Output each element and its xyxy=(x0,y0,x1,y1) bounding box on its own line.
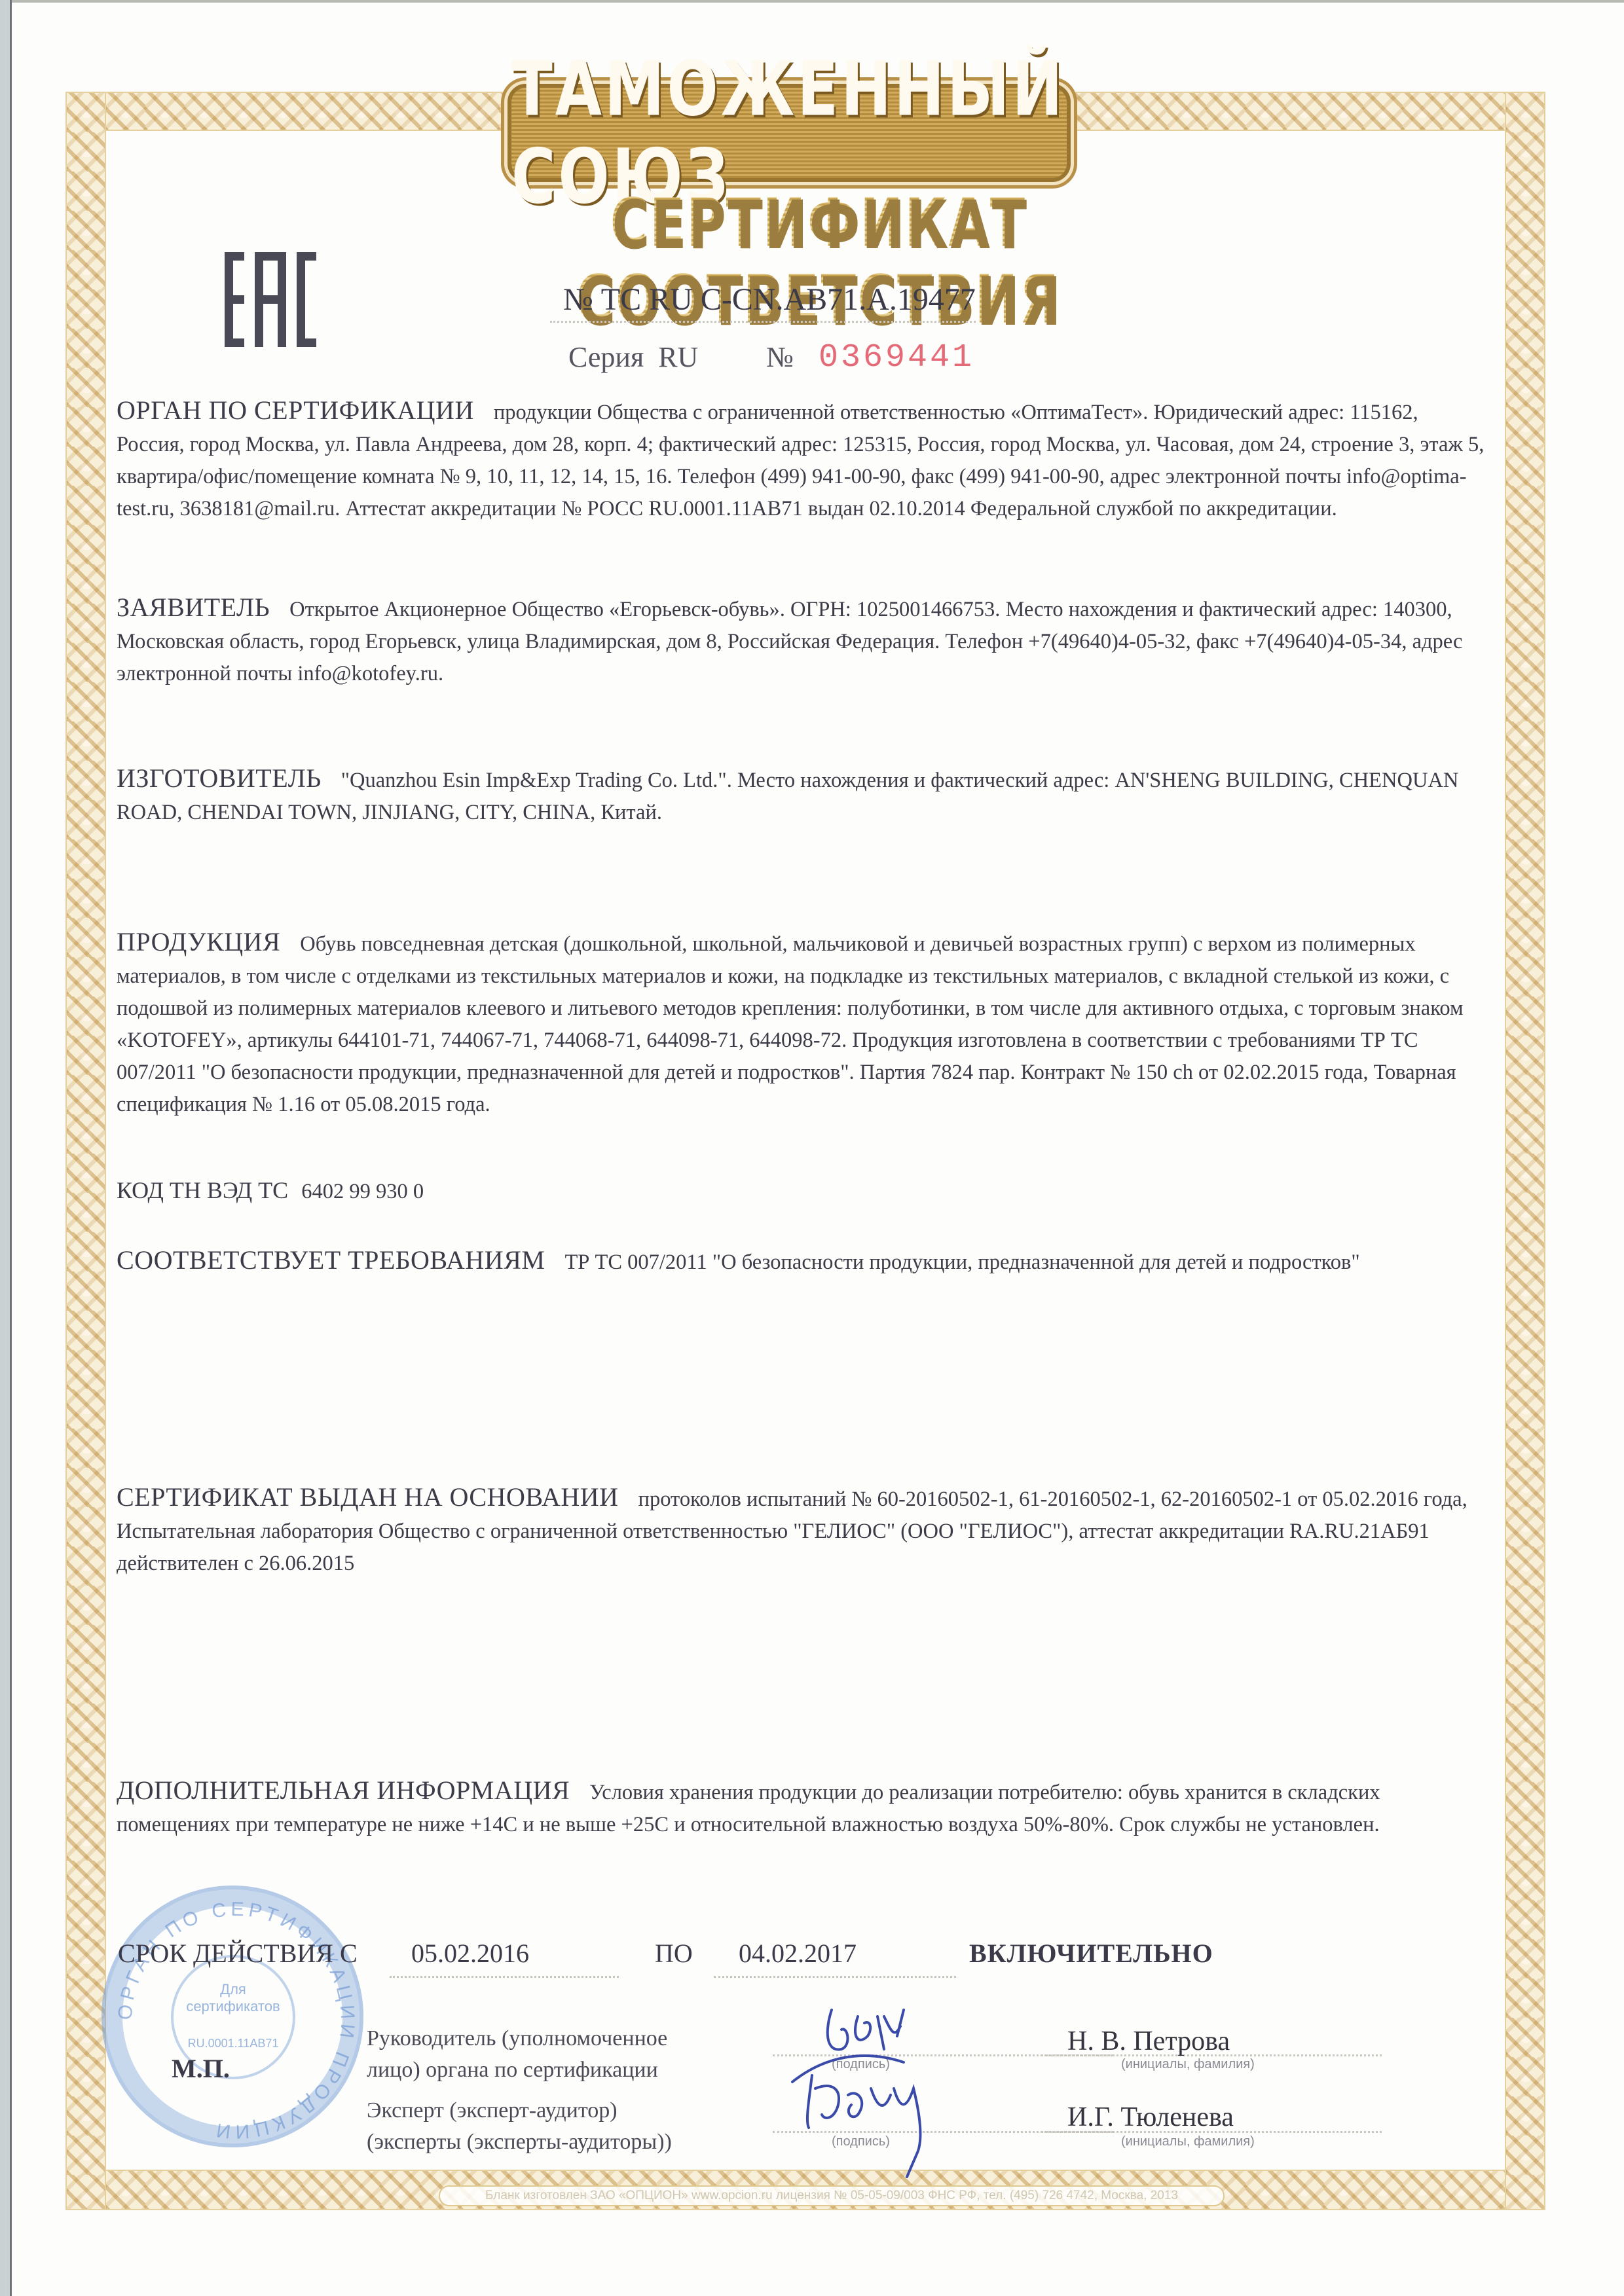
section-additional-info: ДОПОЛНИТЕЛЬНАЯ ИНФОРМАЦИЯУсловия хранени… xyxy=(117,1774,1485,1841)
validity-to-label: ПО xyxy=(655,1938,693,1969)
stamp-center-text: Для сертификатов RU.0001.11АВ71 xyxy=(184,1981,282,2052)
section-heading: КОД ТН ВЭД ТС xyxy=(117,1177,288,1203)
round-seal-stamp-icon: ОРГАН ПО СЕРТИФИКАЦИИ ПРОДУКЦИИ Для серт… xyxy=(101,1886,363,2147)
section-heading: ОРГАН ПО СЕРТИФИКАЦИИ xyxy=(117,395,474,425)
blank-number-label: № xyxy=(766,340,794,374)
section-text: 6402 99 930 0 xyxy=(301,1180,424,1203)
frame-right-band xyxy=(1505,92,1545,2210)
validity-to-date: 04.02.2017 xyxy=(739,1938,857,1969)
head-role-line2: лицо) органа по сертификации xyxy=(367,2054,667,2086)
section-heading: СООТВЕТСТВУЕТ ТРЕБОВАНИЯМ xyxy=(117,1245,545,1275)
from-date-line xyxy=(390,1976,619,1978)
seal-place-label: М.П. xyxy=(172,2053,230,2084)
section-applicant: ЗАЯВИТЕЛЬОткрытое Акционерное Общество «… xyxy=(117,591,1485,690)
section-manufacturer: ИЗГОТОВИТЕЛЬ"Quanzhou Esin Imp&Exp Tradi… xyxy=(117,762,1485,829)
section-heading: ЗАЯВИТЕЛЬ xyxy=(117,592,270,622)
section-product: ПРОДУКЦИЯОбувь повседневная детская (дош… xyxy=(117,926,1485,1121)
section-text: Обувь повседневная детская (дошкольной, … xyxy=(117,932,1464,1116)
certificate-number-underline xyxy=(550,321,976,323)
series-value: RU xyxy=(658,341,698,373)
section-conforms-to: СООТВЕТСТВУЕТ ТРЕБОВАНИЯМТР ТС 007/2011 … xyxy=(117,1244,1485,1279)
scan-top-edge xyxy=(12,0,1624,3)
section-heading: ПРОДУКЦИЯ xyxy=(117,927,280,957)
head-name: Н. В. Петрова xyxy=(1067,2026,1230,2057)
validity-from-label: СРОК ДЕЙСТВИЯ С xyxy=(118,1938,358,1969)
validity-from-date: 05.02.2016 xyxy=(411,1938,529,1969)
scan-edge xyxy=(0,0,12,2296)
section-heading: ИЗГОТОВИТЕЛЬ xyxy=(117,763,322,793)
section-text: Открытое Акционерное Общество «Егорьевск… xyxy=(117,598,1462,685)
head-role-line1: Руководитель (уполномоченное xyxy=(367,2023,667,2054)
section-heading: СЕРТИФИКАТ ВЫДАН НА ОСНОВАНИИ xyxy=(117,1482,619,1512)
eac-mark-glyph xyxy=(225,252,316,347)
signature-icon xyxy=(786,1990,982,2187)
certificate-number: № ТС RU C-CN.АВ71.А.19477 xyxy=(563,282,976,318)
expert-role-line2: (эксперты (эксперты-аудиторы)) xyxy=(367,2126,672,2158)
validity-inclusive-label: ВКЛЮЧИТЕЛЬНО xyxy=(969,1938,1213,1969)
section-certification-body: ОРГАН ПО СЕРТИФИКАЦИИпродукции Общества … xyxy=(117,394,1485,525)
expert-role: Эксперт (эксперт-аудитор) (эксперты (экс… xyxy=(367,2095,672,2158)
expert-name: И.Г. Тюленева xyxy=(1067,2102,1234,2133)
blank-number: 0369441 xyxy=(819,339,974,376)
customs-union-plaque: ТАМОЖЕННЫЙ СОЮЗ xyxy=(507,84,1071,182)
printer-note: Бланк изготовлен ЗАО «ОПЦИОН» www.opcion… xyxy=(439,2185,1225,2206)
eac-mark-icon xyxy=(225,252,316,347)
to-date-line xyxy=(714,1976,956,1978)
expert-name-caption: (инициалы, фамилия) xyxy=(1121,2134,1255,2149)
section-text: ТР ТС 007/2011 "О безопасности продукции… xyxy=(564,1250,1359,1274)
expert-role-line1: Эксперт (эксперт-аудитор) xyxy=(367,2095,672,2126)
series-label: Серия xyxy=(568,341,644,373)
stamp-center-line1: Для xyxy=(184,1981,282,1998)
section-issued-on-basis: СЕРТИФИКАТ ВЫДАН НА ОСНОВАНИИпротоколов … xyxy=(117,1481,1485,1580)
section-hs-code: КОД ТН ВЭД ТС6402 99 930 0 xyxy=(117,1175,1485,1208)
section-heading: ДОПОЛНИТЕЛЬНАЯ ИНФОРМАЦИЯ xyxy=(117,1776,570,1805)
stamp-center-line2: сертификатов xyxy=(184,1998,282,2015)
stamp-registry: RU.0001.11АВ71 xyxy=(184,2035,282,2052)
head-name-caption: (инициалы, фамилия) xyxy=(1121,2057,1255,2072)
head-role: Руководитель (уполномоченное лицо) орган… xyxy=(367,2023,667,2086)
series-field: Серия RU xyxy=(568,340,698,374)
frame-left-band xyxy=(65,92,106,2210)
